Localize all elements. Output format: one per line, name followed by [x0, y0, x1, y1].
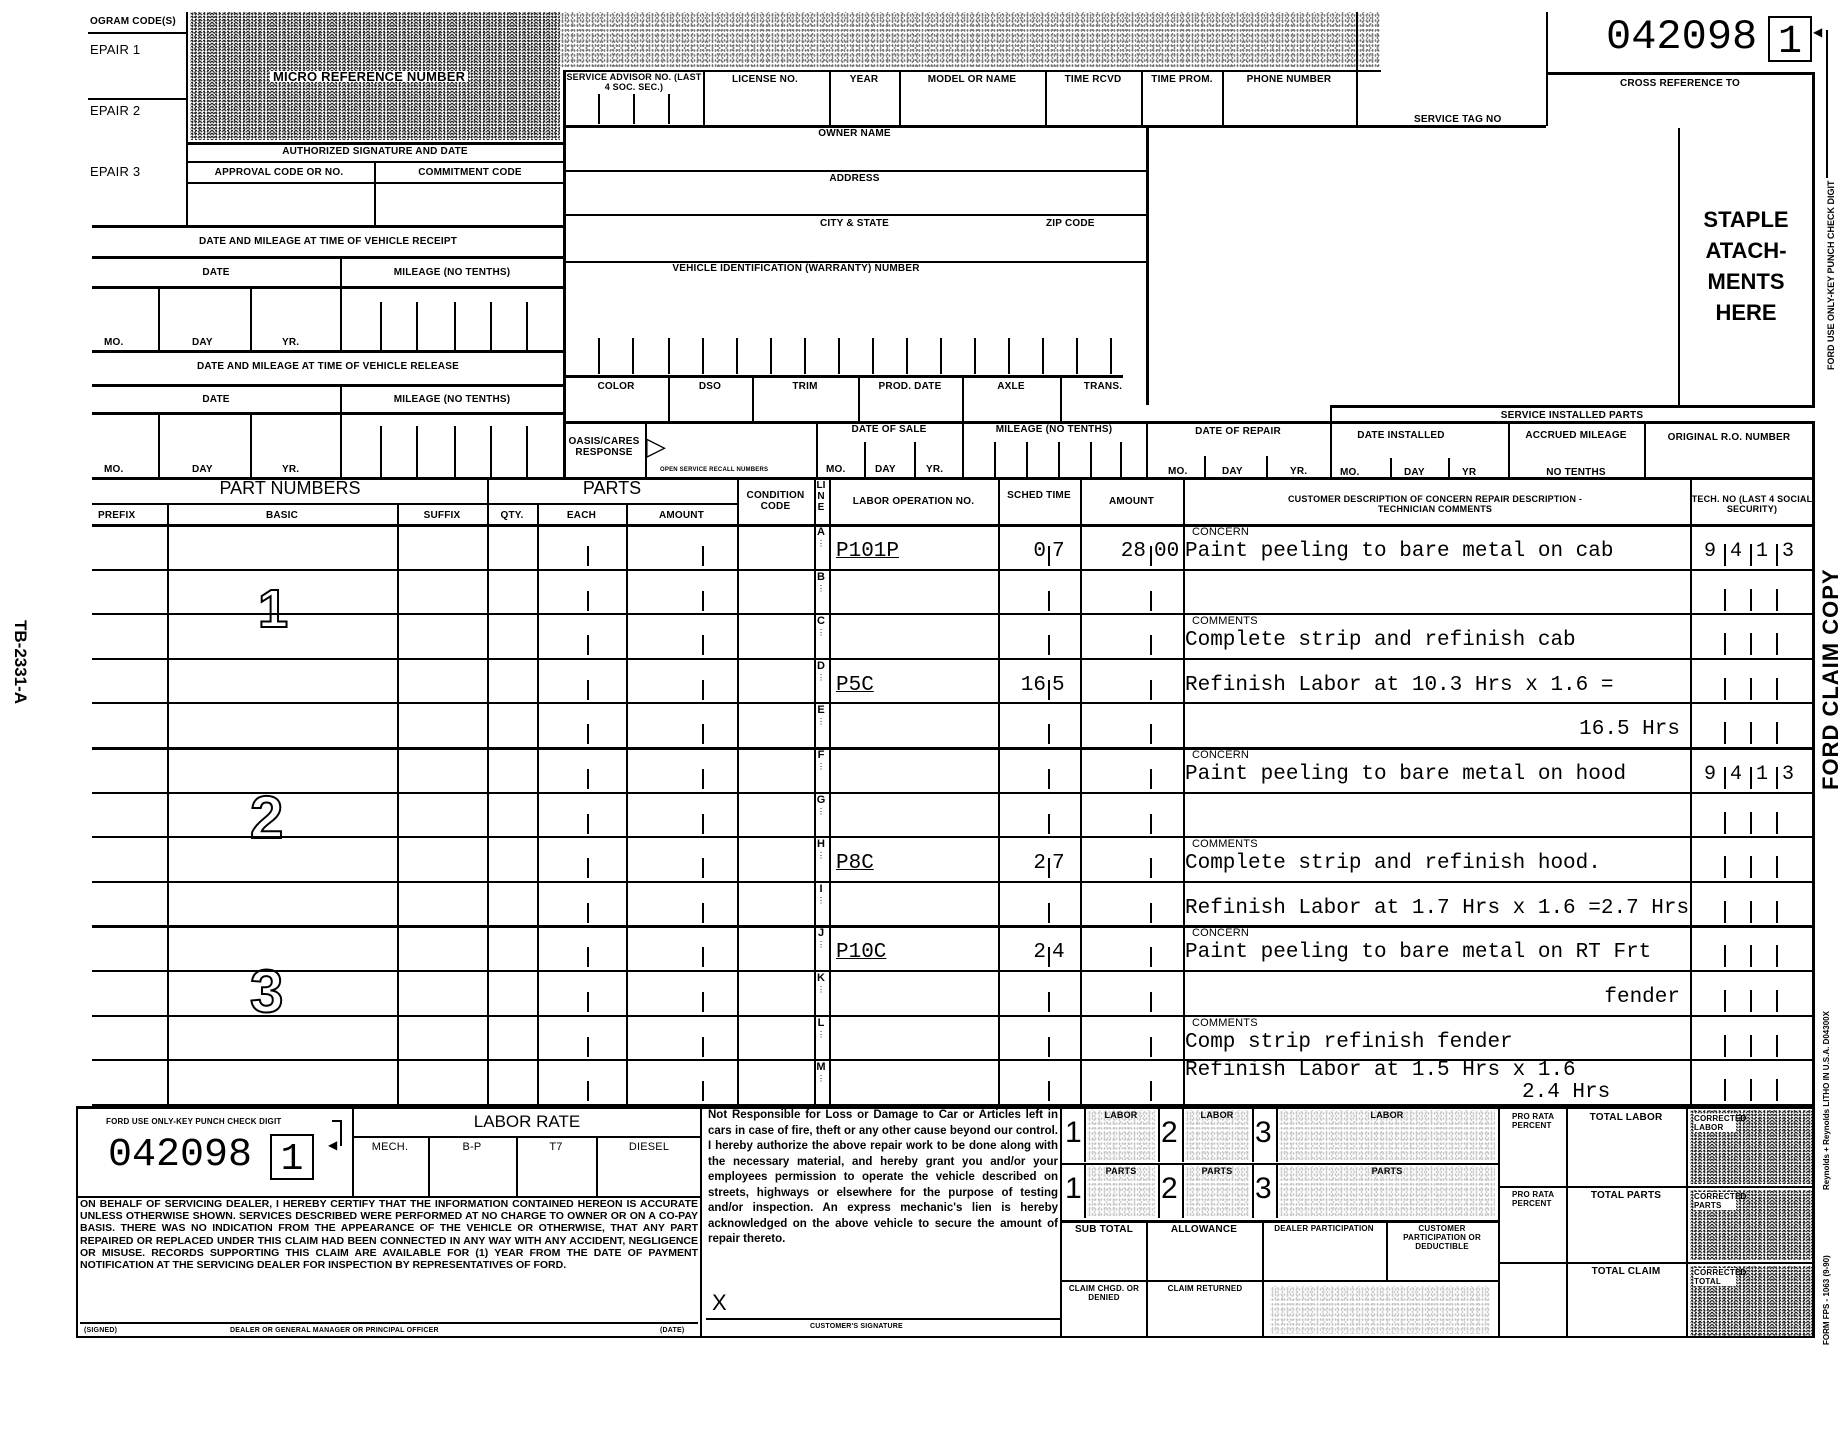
- line-dots: ⋮: [817, 941, 825, 949]
- claim-chgd-label: CLAIM CHGD. OR DENIED: [1062, 1284, 1146, 1302]
- zip-code-field[interactable]: [1040, 230, 1144, 260]
- service-installed-title: SERVICE INSTALLED PARTS: [1330, 410, 1814, 421]
- part-number-field[interactable]: [169, 617, 395, 653]
- labor-rate-bp-field[interactable]: [430, 1156, 514, 1194]
- check-digit-box-top: 1: [1768, 16, 1812, 62]
- line-letter: L: [815, 1017, 827, 1029]
- micro-reference-label: MICRO REFERENCE NUMBER: [270, 71, 468, 82]
- part-number-field[interactable]: [169, 974, 395, 1010]
- table-row: K⋮fender: [92, 970, 1812, 1015]
- arrow-right-icon: ▷: [646, 433, 666, 459]
- total-labor-field[interactable]: [1570, 1128, 1682, 1184]
- original-ro-label: ORIGINAL R.O. NUMBER: [1644, 432, 1814, 443]
- description-text[interactable]: Refinish Labor at 1.7 Hrs x 1.6 =2.7 Hrs: [1185, 897, 1689, 921]
- tech-no-digit[interactable]: 3: [1782, 540, 1794, 564]
- repair-1-label: EPAIR 1: [90, 44, 140, 55]
- authorized-signature-label: AUTHORIZED SIGNATURE AND DATE: [186, 146, 564, 157]
- repair-day-label: DAY: [1222, 466, 1243, 477]
- tech-no-digit[interactable]: 1: [1756, 540, 1768, 564]
- line-letter: G: [815, 794, 827, 806]
- part-number-field[interactable]: [169, 662, 395, 698]
- description-text[interactable]: Paint peeling to bare metal on cab: [1185, 540, 1613, 564]
- check-digit-top: 1: [1778, 20, 1802, 65]
- table-row: I⋮Refinish Labor at 1.7 Hrs x 1.6 =2.7 H…: [92, 881, 1812, 926]
- date-signed-label: (DATE): [660, 1325, 684, 1336]
- address-field[interactable]: [566, 186, 1144, 214]
- description-text[interactable]: fender: [1604, 986, 1680, 1010]
- line-letter: B: [815, 571, 827, 583]
- labor-amount-cents[interactable]: 00: [1154, 540, 1179, 564]
- col-qty: QTY.: [487, 510, 537, 521]
- color-label: COLOR: [563, 381, 669, 392]
- labor-repair-field[interactable]: [1086, 1122, 1156, 1160]
- authorization-text: Not Responsible for Loss or Damage to Ca…: [708, 1108, 1058, 1248]
- time-rcvd-label: TIME RCVD: [1045, 74, 1141, 85]
- line-letter: C: [815, 615, 827, 627]
- footer-check-digit: 1: [281, 1138, 304, 1181]
- line-dots: ⋮: [817, 897, 825, 905]
- tech-no-digit[interactable]: 9: [1704, 540, 1716, 564]
- customer-participation-label: CUSTOMER PARTICIPATION OR DEDUCTIBLE: [1386, 1224, 1498, 1251]
- part-number-field[interactable]: [169, 1063, 395, 1099]
- col-tech-no: TECH. NO (LAST 4 SOCIAL SECURITY): [1690, 494, 1814, 514]
- labor-op-value[interactable]: P8C: [836, 852, 874, 876]
- header-noise-band: [560, 12, 1380, 68]
- repair-yr-label: YR.: [1290, 466, 1307, 477]
- service-tag-field[interactable]: [1360, 70, 1544, 110]
- total-claim-label: TOTAL CLAIM: [1566, 1266, 1686, 1277]
- table-row: B⋮: [92, 569, 1812, 614]
- line-letter: K: [815, 972, 827, 984]
- table-row: C⋮COMMENTSComplete strip and refinish ca…: [92, 613, 1812, 658]
- line-dots: ⋮: [817, 674, 825, 682]
- table-row: E⋮16.5 Hrs: [92, 702, 1812, 747]
- labor-op-value[interactable]: P101P: [836, 540, 899, 564]
- line-letter: A: [815, 526, 827, 538]
- corrected-parts-label: CORRECTED PARTS: [1694, 1192, 1736, 1210]
- col-basic: BASIC: [167, 510, 397, 521]
- col-suffix: SUFFIX: [397, 510, 487, 521]
- parts-sub-label: PARTS: [1276, 1166, 1498, 1177]
- dso-label: DSO: [668, 381, 752, 392]
- description-text[interactable]: Refinish Labor at 1.5 Hrs x 1.6: [1185, 1059, 1576, 1083]
- table-row: L⋮COMMENTSComp strip refinish fender: [92, 1015, 1812, 1060]
- line-dots: ⋮: [817, 1075, 825, 1083]
- staple-line-2: ATACH-: [1680, 235, 1812, 266]
- line-dots: ⋮: [817, 540, 825, 548]
- sched-time-tenth[interactable]: 7: [1052, 540, 1065, 564]
- labor-op-value[interactable]: P5C: [836, 674, 874, 698]
- signature-x-mark: X: [712, 1290, 727, 1316]
- labor-repair-field[interactable]: [1184, 1122, 1250, 1160]
- parts-repair-field[interactable]: [1278, 1178, 1496, 1216]
- cross-reference-field[interactable]: [1550, 92, 1810, 124]
- col-labor-op: LABOR OPERATION NO.: [829, 496, 998, 507]
- repair-number: 1: [1065, 1172, 1082, 1206]
- labor-rate-t7-field[interactable]: [518, 1156, 594, 1194]
- desc-tag: COMMENTS: [1192, 839, 1258, 850]
- claim-number-top: 042098: [1606, 14, 1757, 60]
- col-condition-code: CONDITION CODE: [737, 490, 814, 512]
- program-code-label: OGRAM CODE(S): [90, 16, 176, 27]
- sched-time-whole[interactable]: 2: [1004, 941, 1046, 965]
- model-label: MODEL OR NAME: [899, 74, 1045, 85]
- repair-mo-label: MO.: [1168, 466, 1188, 477]
- city-state-field[interactable]: [566, 230, 1036, 260]
- repair-number: 3: [1255, 1172, 1272, 1206]
- col-line: LINE: [815, 480, 827, 513]
- date-of-sale-label: DATE OF SALE: [816, 424, 962, 435]
- staple-line-4: HERE: [1680, 297, 1812, 328]
- sched-time-tenth[interactable]: 4: [1052, 941, 1065, 965]
- labor-op-value[interactable]: P10C: [836, 941, 886, 965]
- commitment-code-label: COMMITMENT CODE: [376, 167, 564, 178]
- repair-number: 2: [1161, 1172, 1178, 1206]
- labor-rate-diesel-field[interactable]: [598, 1156, 700, 1194]
- form-number: FORM FPS - 1063 (9-90): [1822, 1255, 1831, 1345]
- table-row: D⋮P5C165Refinish Labor at 10.3 Hrs x 1.6…: [92, 658, 1812, 703]
- repair-number: 1: [1065, 1116, 1082, 1150]
- col-amount: AMOUNT: [626, 510, 737, 521]
- labor-sub-label: LABOR: [1084, 1110, 1158, 1121]
- description-text[interactable]: Comp strip refinish fender: [1185, 1031, 1513, 1055]
- parts-repair-field[interactable]: [1086, 1178, 1156, 1216]
- desc-tag: CONCERN: [1192, 928, 1249, 939]
- owner-name-label: OWNER NAME: [563, 128, 1146, 139]
- line-dots: ⋮: [817, 808, 825, 816]
- tech-no-digit[interactable]: 3: [1782, 763, 1794, 787]
- line-dots: ⋮: [817, 1031, 825, 1039]
- line-letter: D: [815, 660, 827, 672]
- allowance-label: ALLOWANCE: [1146, 1224, 1262, 1235]
- description-text[interactable]: Paint peeling to bare metal on RT Frt: [1185, 941, 1651, 965]
- trans-label: TRANS.: [1060, 381, 1146, 392]
- phone-label: PHONE NUMBER: [1222, 74, 1356, 85]
- release-mileage-field[interactable]: [344, 416, 562, 476]
- total-parts-label: TOTAL PARTS: [1566, 1190, 1686, 1201]
- prod-date-label: PROD. DATE: [858, 381, 962, 392]
- service-advisor-label: SERVICE ADVISOR NO. (LAST 4 SOC. SEC.): [566, 72, 702, 92]
- table-row: A⋮P101P072800CONCERNPaint peeling to bar…: [92, 524, 1812, 569]
- labor-rate-mech: MECH.: [352, 1142, 428, 1153]
- total-claim-field[interactable]: [1570, 1280, 1682, 1336]
- staple-line-1: STAPLE: [1680, 204, 1812, 235]
- dealer-signature-label: DEALER OR GENERAL MANAGER OR PRINCIPAL O…: [230, 1325, 439, 1336]
- receipt-date-field[interactable]: [94, 290, 338, 348]
- form-code-left: TB-2331-A: [10, 620, 30, 704]
- part-numbers-title: PART NUMBERS: [92, 478, 488, 499]
- year-label: YEAR: [829, 74, 899, 85]
- tech-no-digit[interactable]: 4: [1730, 540, 1742, 564]
- part-number-field[interactable]: [169, 885, 395, 921]
- labor-rate-bp: B-P: [428, 1142, 516, 1153]
- sub-total-label: SUB TOTAL: [1062, 1224, 1146, 1235]
- line-dots: ⋮: [817, 718, 825, 726]
- signed-label: (SIGNED): [84, 1325, 117, 1336]
- table-row: F⋮CONCERNPaint peeling to bare metal on …: [92, 747, 1812, 792]
- dealer-signature-field[interactable]: [80, 1290, 698, 1320]
- part-number-field[interactable]: [169, 840, 395, 876]
- sched-time-whole[interactable]: 16: [1004, 674, 1046, 698]
- labor-rate-t7: T7: [516, 1142, 596, 1153]
- col-description: CUSTOMER DESCRIPTION OF CONCERN REPAIR D…: [1260, 494, 1610, 514]
- staple-line-3: MENTS: [1680, 266, 1812, 297]
- col-each: EACH: [537, 510, 626, 521]
- sched-time-tenth[interactable]: 7: [1052, 852, 1065, 876]
- footer-check-digit-box: 1: [270, 1134, 314, 1180]
- line-letter: H: [815, 838, 827, 850]
- sale-day-label: DAY: [875, 464, 896, 475]
- sale-yr-label: YR.: [926, 464, 943, 475]
- vin-label: VEHICLE IDENTIFICATION (WARRANTY) NUMBER: [563, 263, 1029, 274]
- receipt-mileage-label: MILEAGE (NO TENTHS): [340, 267, 564, 278]
- parts-title: PARTS: [487, 478, 737, 499]
- table-row: H⋮P8C27COMMENTSComplete strip and refini…: [92, 836, 1812, 881]
- sched-time-whole[interactable]: 2: [1004, 852, 1046, 876]
- sched-time-whole[interactable]: 0: [1004, 540, 1046, 564]
- release-title: DATE AND MILEAGE AT TIME OF VEHICLE RELE…: [92, 361, 564, 372]
- total-labor-label: TOTAL LABOR: [1566, 1112, 1686, 1123]
- sale-mileage-label: MILEAGE (NO TENTHS): [962, 424, 1146, 435]
- description-text[interactable]: Paint peeling to bare metal on hood: [1185, 763, 1626, 787]
- service-tag-label: SERVICE TAG NO: [1414, 114, 1501, 125]
- parts-sub-label: PARTS: [1182, 1166, 1252, 1177]
- description-text-2[interactable]: 2.4 Hrs: [1522, 1081, 1610, 1105]
- date-of-repair-label: DATE OF REPAIR: [1146, 426, 1330, 437]
- line-letter: I: [815, 883, 827, 895]
- line-letter: M: [815, 1061, 827, 1073]
- repair-3-label: EPAIR 3: [90, 166, 140, 177]
- ford-claim-copy: FORD CLAIM COPY: [1818, 568, 1840, 790]
- desc-tag: CONCERN: [1192, 750, 1249, 761]
- commitment-code-field[interactable]: [378, 184, 562, 224]
- labor-rate-mech-field[interactable]: [354, 1156, 426, 1194]
- part-number-field[interactable]: [169, 751, 395, 787]
- line-dots: ⋮: [817, 852, 825, 860]
- receipt-date-label: DATE: [92, 267, 340, 278]
- arrow-left-icon-footer: ◀: [328, 1138, 337, 1152]
- time-prom-label: TIME PROM.: [1141, 74, 1223, 85]
- part-number-field[interactable]: [169, 796, 395, 832]
- line-dots: ⋮: [817, 986, 825, 994]
- corrected-labor-label: CORRECTED LABOR: [1694, 1114, 1736, 1132]
- labor-rate-diesel: DIESEL: [596, 1142, 702, 1153]
- dealer-certification-text: ON BEHALF OF SERVICING DEALER, I HEREBY …: [80, 1198, 698, 1271]
- arrow-left-icon: ◀: [1813, 25, 1822, 39]
- table-row: J⋮P10C24CONCERNPaint peeling to bare met…: [92, 925, 1812, 970]
- part-number-field[interactable]: [169, 573, 395, 609]
- license-label: LICENSE NO.: [703, 74, 827, 85]
- line-dots: ⋮: [817, 763, 825, 771]
- labor-rate-title: LABOR RATE: [352, 1112, 702, 1132]
- parts-sub-label: PARTS: [1084, 1166, 1158, 1177]
- parts-repair-field[interactable]: [1184, 1178, 1250, 1216]
- part-number-field[interactable]: [169, 528, 395, 564]
- total-parts-field[interactable]: [1570, 1204, 1682, 1260]
- sched-time-tenth[interactable]: 5: [1052, 674, 1065, 698]
- zip-code-label: ZIP CODE: [1046, 218, 1095, 229]
- col-prefix: PREFIX: [98, 510, 135, 521]
- line-dots: ⋮: [817, 629, 825, 637]
- customer-signature-label: CUSTOMER'S SIGNATURE: [810, 1321, 903, 1332]
- footer-ford-use-label: FORD USE ONLY-KEY PUNCH CHECK DIGIT: [106, 1116, 281, 1127]
- line-letter: E: [815, 704, 827, 716]
- release-mileage-label: MILEAGE (NO TENTHS): [340, 394, 564, 405]
- part-number-field[interactable]: [169, 1019, 395, 1055]
- line-dots: ⋮: [817, 585, 825, 593]
- repair-2-label: EPAIR 2: [90, 105, 140, 116]
- pro-rata-parts-label: PRO RATA PERCENT: [1512, 1190, 1566, 1208]
- line-letter: J: [815, 927, 827, 939]
- release-date-label: DATE: [92, 394, 340, 405]
- ford-use-only-vertical: FORD USE ONLY-KEY PUNCH CHECK DIGIT: [1826, 180, 1836, 370]
- approval-code-field[interactable]: [188, 184, 372, 224]
- owner-name-field[interactable]: [566, 140, 1144, 170]
- labor-amount-dollars[interactable]: 28: [1090, 540, 1146, 564]
- address-label: ADDRESS: [563, 173, 1146, 184]
- release-date-field[interactable]: [94, 416, 338, 476]
- claim-returned-label: CLAIM RETURNED: [1160, 1284, 1250, 1293]
- table-row: M⋮Refinish Labor at 1.5 Hrs x 1.62.4 Hrs: [92, 1059, 1812, 1104]
- line-letter: F: [815, 749, 827, 761]
- sale-mo-label: MO.: [826, 464, 846, 475]
- pro-rata-labor-label: PRO RATA PERCENT: [1512, 1112, 1566, 1130]
- desc-tag: COMMENTS: [1192, 1018, 1258, 1029]
- receipt-title: DATE AND MILEAGE AT TIME OF VEHICLE RECE…: [92, 236, 564, 247]
- description-text[interactable]: Refinish Labor at 10.3 Hrs x 1.6 =: [1185, 674, 1613, 698]
- customer-signature-field[interactable]: [740, 1286, 1058, 1316]
- original-ro-field[interactable]: [1648, 446, 1810, 476]
- vin-field[interactable]: [566, 276, 1122, 372]
- date-installed-label: DATE INSTALLED: [1330, 430, 1472, 441]
- printer-note: Reynolds + Reynolds LITHO IN U.S.A. D043…: [1822, 1011, 1831, 1190]
- footer-claim-number: 042098: [108, 1134, 252, 1178]
- trim-label: TRIM: [752, 381, 858, 392]
- description-text[interactable]: 16.5 Hrs: [1579, 718, 1680, 742]
- labor-sub-label: LABOR: [1182, 1110, 1252, 1121]
- col-sched-time: SCHED TIME: [998, 490, 1080, 501]
- cross-reference-label: CROSS REFERENCE TO: [1546, 78, 1814, 89]
- table-row: G⋮: [92, 792, 1812, 837]
- receipt-mileage-field[interactable]: [344, 290, 562, 348]
- part-number-field[interactable]: [169, 706, 395, 742]
- oasis-response-field[interactable]: [666, 424, 810, 462]
- repair-number: 3: [1255, 1116, 1272, 1150]
- tech-no-digit[interactable]: 4: [1730, 763, 1742, 787]
- approval-code-label: APPROVAL CODE OR NO.: [186, 167, 372, 178]
- accrued-mileage-label: ACCRUED MILEAGE: [1508, 430, 1644, 441]
- tech-no-digit[interactable]: 9: [1704, 763, 1716, 787]
- part-number-field[interactable]: [169, 929, 395, 965]
- dealer-participation-label: DEALER PARTICIPATION: [1262, 1224, 1386, 1233]
- repair-number: 2: [1161, 1116, 1178, 1150]
- oasis-cares-label: OASIS/CARES RESPONSE: [563, 436, 645, 458]
- tech-no-digit[interactable]: 1: [1756, 763, 1768, 787]
- axle-label: AXLE: [962, 381, 1060, 392]
- open-recall-label: OPEN SERVICE RECALL NUMBERS: [660, 465, 768, 476]
- corrected-total-label: CORRECTED TOTAL: [1694, 1268, 1736, 1286]
- staple-attachments-note: STAPLE ATACH- MENTS HERE: [1680, 204, 1812, 328]
- labor-repair-field[interactable]: [1278, 1122, 1496, 1160]
- col-labor-amount: AMOUNT: [1080, 496, 1183, 507]
- description-text[interactable]: Complete strip and refinish hood.: [1185, 852, 1601, 876]
- description-text[interactable]: Complete strip and refinish cab: [1185, 629, 1576, 653]
- desc-tag: CONCERN: [1192, 527, 1249, 538]
- desc-tag: COMMENTS: [1192, 616, 1258, 627]
- labor-sub-label: LABOR: [1276, 1110, 1498, 1121]
